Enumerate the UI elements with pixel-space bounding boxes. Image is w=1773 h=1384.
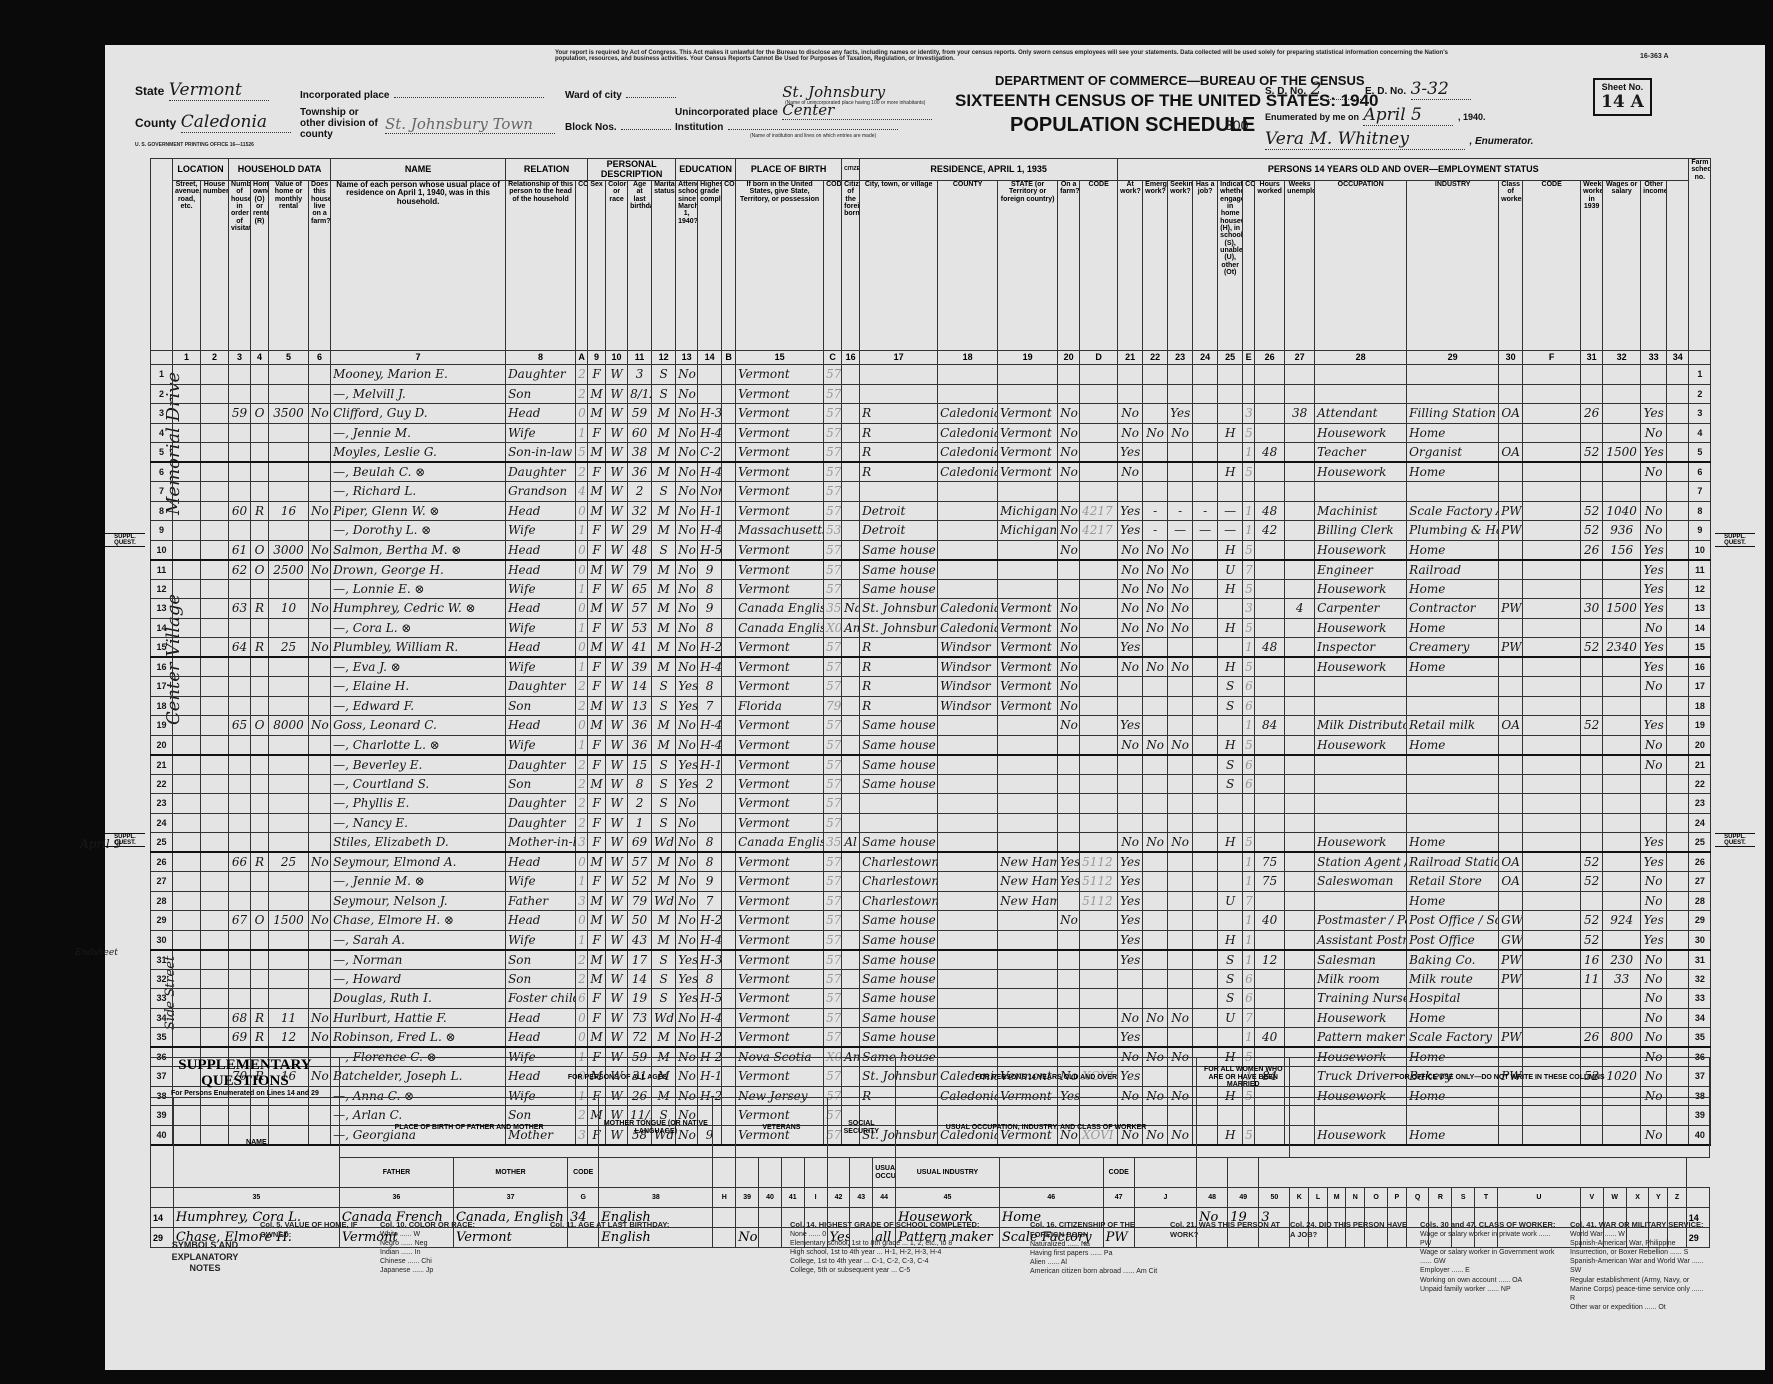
- cell-mar: S: [652, 384, 676, 404]
- cell-class: [1499, 696, 1523, 716]
- cell-ecode: 6: [1243, 677, 1255, 697]
- cell-farm: [309, 891, 331, 911]
- cell-cF: [1523, 618, 1581, 638]
- cell-at-work: Yes: [1118, 716, 1143, 736]
- cell-at-work: [1118, 482, 1143, 502]
- cell-hours: 84: [1255, 716, 1285, 736]
- cell-occupation: Postmaster / Pattern maker: [1315, 911, 1407, 931]
- line-number: 5: [151, 443, 173, 463]
- cell-code: 0: [576, 911, 588, 931]
- cell-weeks-unemp: [1285, 365, 1315, 385]
- cell-ccode: 57: [824, 969, 842, 989]
- cell-sex: F: [588, 755, 606, 775]
- cell-weeks: 52: [1581, 911, 1603, 931]
- cell-hh: 67: [229, 911, 251, 931]
- cell-seeking: [1168, 482, 1193, 502]
- cell-activity: H: [1218, 540, 1243, 560]
- cell-occupation: Station Agent / Retail Store: [1315, 852, 1407, 872]
- cell-seeking: Yes: [1168, 404, 1193, 424]
- cell-farmsched: [1667, 462, 1689, 482]
- cell-occupation: Teacher: [1315, 443, 1407, 463]
- section-employment: PERSONS 14 YEARS OLD AND OVER—EMPLOYMENT…: [1118, 159, 1689, 181]
- cell-street: [173, 560, 201, 580]
- table-row: 1Mooney, Marion E.Daughter2FW3SNoVermont…: [151, 365, 1711, 385]
- cell-seeking: No: [1168, 1008, 1193, 1028]
- cell-own: [251, 969, 269, 989]
- cell-ecode: [1243, 482, 1255, 502]
- cell-wages: [1603, 872, 1641, 892]
- cell-other-inc: Yes: [1641, 638, 1667, 658]
- cell-ccode: 57: [824, 501, 842, 521]
- line-number: 10: [151, 540, 173, 560]
- cell-rel: Head: [506, 852, 576, 872]
- cell-has-job: [1193, 774, 1218, 794]
- cell-street: [173, 423, 201, 443]
- cell-at-work: Yes: [1118, 852, 1143, 872]
- cell-own: [251, 462, 269, 482]
- table-row: 23—, Phyllis E.Daughter2FW2SNoVermont572…: [151, 794, 1711, 814]
- cell-wages: [1603, 716, 1641, 736]
- cell-hours: 75: [1255, 872, 1285, 892]
- cell-res-city: Detroit: [860, 521, 938, 541]
- cell-at-work: [1118, 384, 1143, 404]
- cell-sex: F: [588, 579, 606, 599]
- cell-at-work: [1118, 794, 1143, 814]
- cell-sex: M: [588, 852, 606, 872]
- cell-activity: S: [1218, 677, 1243, 697]
- cell-grade: H-2: [698, 911, 722, 931]
- cell-weeks-unemp: [1285, 735, 1315, 755]
- cell-weeks: [1581, 384, 1603, 404]
- cell-res-county: [938, 989, 998, 1009]
- cell-other-inc: [1641, 774, 1667, 794]
- cell-at-work: No: [1118, 1008, 1143, 1028]
- cell-code: 3: [576, 891, 588, 911]
- cell-ecode: 7: [1243, 1008, 1255, 1028]
- cell-code: 2: [576, 774, 588, 794]
- supp-women: FOR ALL WOMEN WHO ARE OR HAVE BEEN MARRI…: [1197, 1058, 1290, 1098]
- cell-bcode: [722, 618, 736, 638]
- cell-weeks: [1581, 813, 1603, 833]
- cell-occupation: Milk Distributor: [1315, 716, 1407, 736]
- cell-birth: Canada English: [736, 618, 824, 638]
- cell-rel: Mother-in-law: [506, 833, 576, 853]
- cell-class: [1499, 677, 1523, 697]
- cell-at-work: No: [1118, 540, 1143, 560]
- cell-rel: Head: [506, 501, 576, 521]
- cell-res-state: Vermont: [998, 618, 1058, 638]
- cell-at-work: [1118, 677, 1143, 697]
- cell-code: 0: [576, 540, 588, 560]
- supp-all-ages: FOR PERSONS OF ALL AGES: [339, 1058, 895, 1098]
- cell-farm: [309, 989, 331, 1009]
- cell-res-state: [998, 1008, 1058, 1028]
- cell-street: [173, 735, 201, 755]
- cell-hh: [229, 989, 251, 1009]
- supp-persons14: FOR PERSONS 14 YEARS OLD AND OVER: [896, 1058, 1197, 1098]
- cell-house: [201, 755, 229, 775]
- cell-race: W: [606, 911, 628, 931]
- cell-activity: H: [1218, 579, 1243, 599]
- cell-occupation: [1315, 696, 1407, 716]
- line-number: 32: [151, 969, 173, 989]
- cell-code: 2: [576, 384, 588, 404]
- cell-rel: Wife: [506, 618, 576, 638]
- cell-res-farm: [1058, 579, 1080, 599]
- cell-emerg: [1143, 969, 1168, 989]
- cell-wages: [1603, 735, 1641, 755]
- cell-code: 1: [576, 423, 588, 443]
- cell-at-work: [1118, 969, 1143, 989]
- cell-own: R: [251, 638, 269, 658]
- cell-ccode: 57: [824, 443, 842, 463]
- cell-dcode: [1080, 462, 1118, 482]
- cell-hh: 63: [229, 599, 251, 619]
- cell-value: 11: [269, 1008, 309, 1028]
- cell-hh: [229, 443, 251, 463]
- cell-age: 8/12: [628, 384, 652, 404]
- cell-code: 0: [576, 1008, 588, 1028]
- cell-name: —, Phyllis E.: [331, 794, 506, 814]
- cell-ccode: 57: [824, 852, 842, 872]
- cell-name: Chase, Elmore H. ⊗: [331, 911, 506, 931]
- line-number: 24: [151, 813, 173, 833]
- cell-age: 57: [628, 599, 652, 619]
- cell-sex: F: [588, 618, 606, 638]
- cell-bcode: [722, 501, 736, 521]
- cell-industry: [1407, 365, 1499, 385]
- cell-name: Piper, Glenn W. ⊗: [331, 501, 506, 521]
- enumeration-date-field: Enumerated by me on April 5 , 1940.: [1265, 105, 1485, 126]
- cell-res-county: [938, 540, 998, 560]
- cell-farm: [309, 657, 331, 677]
- section-citizenship: CITIZENSHIP: [842, 159, 860, 181]
- cell-code: 0: [576, 852, 588, 872]
- cell-weeks: [1581, 755, 1603, 775]
- cell-res-farm: [1058, 1028, 1080, 1048]
- cell-house: [201, 813, 229, 833]
- cell-grade: 9: [698, 560, 722, 580]
- line-number-right: 32: [1689, 969, 1711, 989]
- cell-dcode: [1080, 540, 1118, 560]
- block-field: Block Nos.: [565, 117, 671, 135]
- cell-mar: M: [652, 579, 676, 599]
- cell-class: [1499, 540, 1523, 560]
- cell-age: 39: [628, 657, 652, 677]
- cell-res-state: [998, 560, 1058, 580]
- cell-dcode: [1080, 1028, 1118, 1048]
- cell-hh: [229, 813, 251, 833]
- cell-weeks-unemp: [1285, 1008, 1315, 1028]
- cell-seeking: [1168, 462, 1193, 482]
- cell-farmsched: [1667, 638, 1689, 658]
- cell-has-job: [1193, 696, 1218, 716]
- line-number: 31: [151, 950, 173, 970]
- cell-res-county: [938, 872, 998, 892]
- cell-class: [1499, 1008, 1523, 1028]
- cell-value: 25: [269, 638, 309, 658]
- cell-res-county: [938, 930, 998, 950]
- cell-emerg: No: [1143, 657, 1168, 677]
- cell-class: [1499, 755, 1523, 775]
- cell-res-city: Same house: [860, 774, 938, 794]
- cell-birth: Vermont: [736, 657, 824, 677]
- cell-emerg: -: [1143, 521, 1168, 541]
- cell-bcode: [722, 560, 736, 580]
- cell-hh: 61: [229, 540, 251, 560]
- census-sheet: Your report is required by Act of Congre…: [105, 45, 1765, 1370]
- table-row: 33Douglas, Ruth I.Foster child6FW19SYesH…: [151, 989, 1711, 1009]
- cell-wages: 156: [1603, 540, 1641, 560]
- cell-code: 1: [576, 618, 588, 638]
- cell-house: [201, 618, 229, 638]
- cell-rel: Head: [506, 716, 576, 736]
- cell-sex: M: [588, 482, 606, 502]
- cell-weeks: [1581, 657, 1603, 677]
- cell-school: Yes: [676, 696, 698, 716]
- cell-bcode: [722, 735, 736, 755]
- cell-bcode: [722, 423, 736, 443]
- cell-occupation: Saleswoman: [1315, 872, 1407, 892]
- cell-ecode: 1: [1243, 950, 1255, 970]
- cell-race: W: [606, 852, 628, 872]
- cell-occupation: Housework: [1315, 618, 1407, 638]
- cell-weeks-unemp: [1285, 521, 1315, 541]
- cell-class: GW / PW: [1499, 911, 1523, 931]
- cell-race: W: [606, 774, 628, 794]
- cell-wages: [1603, 794, 1641, 814]
- cell-res-farm: No: [1058, 501, 1080, 521]
- cell-grade: H-4: [698, 423, 722, 443]
- cell-bcode: [722, 384, 736, 404]
- cell-mar: M: [652, 560, 676, 580]
- cell-farm: [309, 618, 331, 638]
- cell-school: No: [676, 618, 698, 638]
- cell-emerg: [1143, 794, 1168, 814]
- cell-hours: 42: [1255, 521, 1285, 541]
- cell-dcode: 4217: [1080, 521, 1118, 541]
- cell-weeks: 26: [1581, 540, 1603, 560]
- cell-hh: [229, 735, 251, 755]
- cell-farmsched: [1667, 482, 1689, 502]
- cell-code: 3: [576, 833, 588, 853]
- cell-at-work: No: [1118, 462, 1143, 482]
- cell-street: [173, 911, 201, 931]
- cell-res-state: [998, 950, 1058, 970]
- cell-weeks: [1581, 618, 1603, 638]
- cell-name: —, Norman: [331, 950, 506, 970]
- cell-birth: Canada English: [736, 833, 824, 853]
- cell-street: [173, 540, 201, 560]
- cell-at-work: [1118, 774, 1143, 794]
- cell-rel: Wife: [506, 521, 576, 541]
- table-row: 25Stiles, Elizabeth D.Mother-in-law3FW69…: [151, 833, 1711, 853]
- cell-at-work: No: [1118, 735, 1143, 755]
- cell-name: Humphrey, Cedric W. ⊗: [331, 599, 506, 619]
- cell-farm: No: [309, 911, 331, 931]
- cell-seeking: [1168, 969, 1193, 989]
- cell-grade: 7: [698, 696, 722, 716]
- cell-other-inc: No: [1641, 618, 1667, 638]
- cell-industry: Filling Station: [1407, 404, 1499, 424]
- schedule-title: POPULATION SCHEDULE: [1010, 114, 1255, 137]
- cell-emerg: [1143, 891, 1168, 911]
- cell-emerg: No: [1143, 423, 1168, 443]
- table-row: 4—, Jennie M.Wife1FW60MNoH-4Vermont57RCa…: [151, 423, 1711, 443]
- cell-hh: [229, 365, 251, 385]
- cell-hh: [229, 657, 251, 677]
- cell-has-job: [1193, 1028, 1218, 1048]
- line-number-right: 17: [1689, 677, 1711, 697]
- cell-weeks: [1581, 833, 1603, 853]
- cell-class: GW: [1499, 930, 1523, 950]
- cell-school: No: [676, 1008, 698, 1028]
- cell-occupation: Carpenter: [1315, 599, 1407, 619]
- cell-weeks: [1581, 1008, 1603, 1028]
- cell-school: No: [676, 404, 698, 424]
- cell-weeks: 16: [1581, 950, 1603, 970]
- cell-farmsched: [1667, 365, 1689, 385]
- cell-res-county: [938, 365, 998, 385]
- cell-res-city: Same house: [860, 911, 938, 931]
- table-row: 16—, Eva J. ⊗Wife1FW39MNoH-4Vermont57RWi…: [151, 657, 1711, 677]
- cell-farmsched: [1667, 950, 1689, 970]
- cell-seeking: No: [1168, 657, 1193, 677]
- cell-res-city: R: [860, 404, 938, 424]
- cell-occupation: Training Nurse: [1315, 989, 1407, 1009]
- line-number: 18: [151, 696, 173, 716]
- cell-ccode: 57: [824, 794, 842, 814]
- cell-res-county: [938, 950, 998, 970]
- cell-sex: F: [588, 735, 606, 755]
- cell-ecode: 1: [1243, 521, 1255, 541]
- cell-seeking: No: [1168, 560, 1193, 580]
- note-col14: Col. 14. HIGHEST GRADE OF SCHOOL COMPLET…: [790, 1220, 1010, 1276]
- cell-res-county: [938, 755, 998, 775]
- cell-occupation: Machinist: [1315, 501, 1407, 521]
- cell-has-job: [1193, 833, 1218, 853]
- cell-industry: Contractor: [1407, 599, 1499, 619]
- cell-ecode: 1: [1243, 638, 1255, 658]
- cell-weeks-unemp: [1285, 638, 1315, 658]
- note-col11: Col. 11. AGE AT LAST BIRTHDAY:: [550, 1220, 770, 1230]
- table-row: 28Seymour, Nelson J.Father3MW79WdNo7Verm…: [151, 891, 1711, 911]
- cell-age: 1: [628, 813, 652, 833]
- cell-race: W: [606, 677, 628, 697]
- cell-mar: Wd: [652, 833, 676, 853]
- cell-race: W: [606, 1008, 628, 1028]
- cell-dcode: [1080, 404, 1118, 424]
- cell-house: [201, 482, 229, 502]
- table-row: 3468R11NoHurlburt, Hattie F.Head0FW73WdN…: [151, 1008, 1711, 1028]
- cell-weeks: 52: [1581, 521, 1603, 541]
- cell-hh: [229, 618, 251, 638]
- cell-race: W: [606, 716, 628, 736]
- cell-weeks-unemp: [1285, 384, 1315, 404]
- cell-industry: [1407, 794, 1499, 814]
- cell-class: PW: [1499, 950, 1523, 970]
- cell-has-job: [1193, 989, 1218, 1009]
- line-number-right: 31: [1689, 950, 1711, 970]
- cell-mar: M: [652, 930, 676, 950]
- cell-res-farm: [1058, 482, 1080, 502]
- cell-birth: Vermont: [736, 911, 824, 931]
- table-row: 2967O1500NoChase, Elmore H. ⊗Head0MW50MN…: [151, 911, 1711, 931]
- cell-res-city: Same house: [860, 1028, 938, 1048]
- cell-res-county: [938, 716, 998, 736]
- cell-emerg: [1143, 404, 1168, 424]
- table-row: 18—, Edward F.Son2MW13SYes7Florida79RWin…: [151, 696, 1711, 716]
- cell-name: —, Sarah A.: [331, 930, 506, 950]
- cell-industry: Plumbing & Hardware: [1407, 521, 1499, 541]
- cell-cF: [1523, 950, 1581, 970]
- cell-hours: [1255, 930, 1285, 950]
- cell-farm: No: [309, 1028, 331, 1048]
- cell-grade: 8: [698, 618, 722, 638]
- cell-class: [1499, 462, 1523, 482]
- incorporated-place-field: Incorporated place: [300, 85, 544, 103]
- cell-cF: [1523, 1008, 1581, 1028]
- line-number: 30: [151, 930, 173, 950]
- population-rows: 1Mooney, Marion E.Daughter2FW3SNoVermont…: [151, 365, 1711, 1145]
- cell-age: 2: [628, 794, 652, 814]
- cell-ecode: [1243, 384, 1255, 404]
- cell-ecode: 6: [1243, 969, 1255, 989]
- cell-sex: F: [588, 365, 606, 385]
- cell-emerg: [1143, 638, 1168, 658]
- cell-farmsched: [1667, 989, 1689, 1009]
- cell-name: —, Beverley E.: [331, 755, 506, 775]
- line-number-right: 10: [1689, 540, 1711, 560]
- cell-seeking: [1168, 716, 1193, 736]
- line-number-right: 19: [1689, 716, 1711, 736]
- cell-hours: [1255, 599, 1285, 619]
- cell-farmsched: [1667, 657, 1689, 677]
- suppl-quest-marker-29: SUPPL. QUEST.: [105, 833, 145, 847]
- cell-occupation: [1315, 755, 1407, 775]
- cell-res-farm: [1058, 969, 1080, 989]
- table-row: 2—, Melvill J.Son2MW8/12SNoVermont572: [151, 384, 1711, 404]
- cell-has-job: [1193, 462, 1218, 482]
- line-number-right: 25: [1689, 833, 1711, 853]
- cell-school: No: [676, 462, 698, 482]
- cell-weeks: [1581, 365, 1603, 385]
- cell-other-inc: No: [1641, 755, 1667, 775]
- cell-own: O: [251, 560, 269, 580]
- cell-rel: Wife: [506, 657, 576, 677]
- cell-industry: Home: [1407, 618, 1499, 638]
- cell-ecode: 5: [1243, 735, 1255, 755]
- cell-mar: M: [652, 443, 676, 463]
- cell-occupation: Salesman: [1315, 950, 1407, 970]
- cell-race: W: [606, 969, 628, 989]
- cell-birth: Vermont: [736, 755, 824, 775]
- cell-occupation: Housework: [1315, 735, 1407, 755]
- cell-age: 73: [628, 1008, 652, 1028]
- cell-birth: Vermont: [736, 443, 824, 463]
- note-col30: Cols. 30 and 47. CLASS OF WORKER: Wage o…: [1420, 1220, 1560, 1294]
- cell-weeks-unemp: [1285, 930, 1315, 950]
- cell-hh: 62: [229, 560, 251, 580]
- cell-cF: [1523, 794, 1581, 814]
- cell-hours: [1255, 989, 1285, 1009]
- cell-activity: U: [1218, 1008, 1243, 1028]
- cell-name: —, Nancy E.: [331, 813, 506, 833]
- cell-has-job: [1193, 579, 1218, 599]
- table-row: 6—, Beulah C. ⊗Daughter2FW36MNoH-4Vermon…: [151, 462, 1711, 482]
- cell-class: OA: [1499, 443, 1523, 463]
- cell-code: 0: [576, 716, 588, 736]
